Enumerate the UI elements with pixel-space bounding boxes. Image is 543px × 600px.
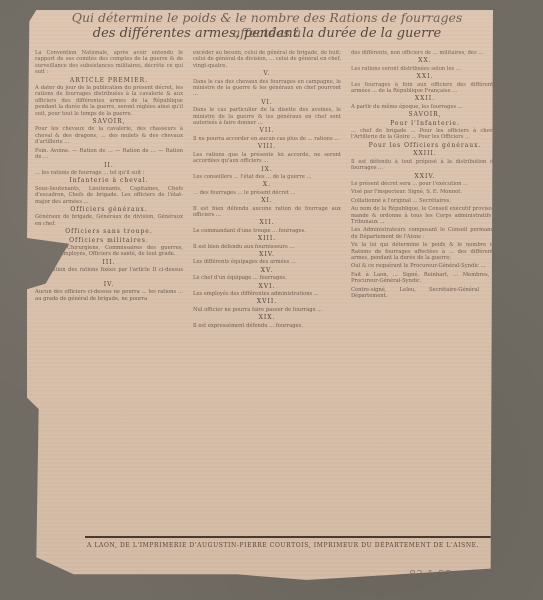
paragraph: Contre-signé, Leleu, Secrétaire-Général …	[351, 287, 499, 300]
article-header: XI.	[193, 198, 341, 204]
paragraph: L'allocation des rations fixées par l'ar…	[35, 267, 183, 280]
paragraph: Généraux de brigade, Généraux de divisio…	[35, 214, 183, 227]
paragraph: des différents, non officiers de ... mil…	[351, 50, 499, 56]
article-header: Infanterie à cheval.	[35, 178, 183, 184]
article-header: IX.	[193, 167, 341, 173]
paragraph: Pour les chevaux de la cavalerie, des ch…	[35, 126, 183, 145]
paragraph: Dans le cas particulier de la disette de…	[193, 107, 341, 126]
article-header: Pour les Officiers généraux.	[351, 143, 499, 149]
article-header: XV.	[193, 268, 341, 274]
paragraph: Sous-lieutenants, Lieutenants, Capitaine…	[35, 186, 183, 205]
paragraph: Le chef d'un équipage ... fourrages.	[193, 275, 341, 281]
article-header: XIII.	[193, 236, 341, 242]
article-header: Pour l'Infanterie.	[351, 121, 499, 127]
article-header: XII.	[193, 220, 341, 226]
article-header: XIX.	[193, 315, 341, 321]
article-header: Officiers généraux.	[35, 207, 183, 213]
paragraph: Nul officier ne pourra faire passer de f…	[193, 307, 341, 313]
paragraph: Dans le cas des chevaux des fourrages en…	[193, 79, 341, 98]
paragraph: Les fourrages à foin aux officiers des d…	[351, 82, 499, 95]
title-line-2: des différentes armes, pendant la durée …	[47, 26, 487, 41]
article-header: XXIII.	[351, 151, 499, 157]
article-header: XIV.	[193, 252, 341, 258]
paragraph: Le commandant d'une troupe ... fourrages…	[193, 228, 341, 234]
article-header: VI.	[193, 100, 341, 106]
column-3: des différents, non officiers de ... mil…	[351, 50, 499, 301]
title-line-1: Qui détermine le poids & le nombre des R…	[47, 10, 487, 40]
article-header: XXI.	[351, 74, 499, 80]
article-header: V.	[193, 71, 341, 77]
paragraph: Il est bien défendu aucune ration de fou…	[193, 206, 341, 219]
article-header: SAVOIR,	[351, 112, 499, 118]
footer-rule	[85, 536, 495, 538]
article-header: II.	[35, 163, 183, 169]
article-header: SAVOIR,	[35, 119, 183, 125]
paragraph: Les Administrateurs composant le Conseil…	[351, 227, 499, 240]
paragraph: Il ne pourra accorder en aucun cas plus …	[193, 136, 341, 142]
paragraph: Les rations que la présente loi accorde,…	[193, 152, 341, 165]
ration-table: Foin. Avoine. — Ration de ... — Ration d…	[35, 148, 183, 161]
paragraph: Vu la loi qui détermine le poids & le no…	[351, 242, 499, 261]
paragraph: Les rations seront distribuées selon les…	[351, 66, 499, 72]
paragraph: Le présent décret sera ... pour l'exécut…	[351, 181, 499, 187]
paragraph: Il est expressément défendu ... fourrage…	[193, 323, 341, 329]
article-header: ARTICLE PREMIER.	[35, 78, 183, 84]
paragraph: Il est défendu à tout préposé à la distr…	[351, 159, 499, 172]
paragraph: Les employés des différentes administrat…	[193, 291, 341, 297]
paragraph: excéder au besoin, celui de général de b…	[193, 50, 341, 69]
paragraph: Au nom de la République, le Conseil exéc…	[351, 206, 499, 225]
printer-imprint: A LAON, DE L'IMPRIMERIE D'AUGUSTIN-PIERR…	[87, 542, 507, 549]
article-header: Officiers sans troupe.	[35, 229, 183, 235]
paragraph: ... les rations de fourrage ... tel qu'i…	[35, 170, 183, 176]
paragraph: Collationné à l'original ... Secrétaires…	[351, 198, 499, 204]
article-header: X.	[193, 182, 341, 188]
article-header: XXII.	[351, 96, 499, 102]
column-2: excéder au besoin, celui de général de b…	[193, 50, 341, 331]
paragraph: Aucun des officiers ci-dessus ne pourra …	[35, 289, 183, 302]
article-header: IV.	[35, 282, 183, 288]
paragraph: Les conseillers ... l'état des ... de la…	[193, 174, 341, 180]
paragraph: A dater du jour de la publication du pré…	[35, 85, 183, 117]
paragraph: Il est bien défendu aux fournisseurs ...	[193, 244, 341, 250]
document-page: Qui détermine le poids & le nombre des R…	[27, 10, 493, 580]
article-header: VII.	[193, 128, 341, 134]
article-header: XXIV.	[351, 174, 499, 180]
paragraph: Les différents équipages des armées ...	[193, 259, 341, 265]
paragraph: A partir du même époque, les fourrages .…	[351, 104, 499, 110]
article-header: XX.	[351, 58, 499, 64]
paragraph: Visé par l'inspecteur. Signé, S. E. Monn…	[351, 189, 499, 195]
article-header: XVI.	[193, 284, 341, 290]
paragraph: ... des fourrages ... le présent décret …	[193, 190, 341, 196]
paragraph: Fait à Laon, ... Signé, Reinhart, ... Me…	[351, 272, 499, 285]
paragraph: Ouï & ce requérant le Procureur-Général-…	[351, 263, 499, 269]
column-1: La Convention Nationale, après avoir ent…	[35, 50, 183, 304]
article-header: XVII.	[193, 299, 341, 305]
paragraph: ... chef de brigade ... Pour les officie…	[351, 128, 499, 141]
paragraph: La Convention Nationale, après avoir ent…	[35, 50, 183, 76]
article-header: VIII.	[193, 144, 341, 150]
